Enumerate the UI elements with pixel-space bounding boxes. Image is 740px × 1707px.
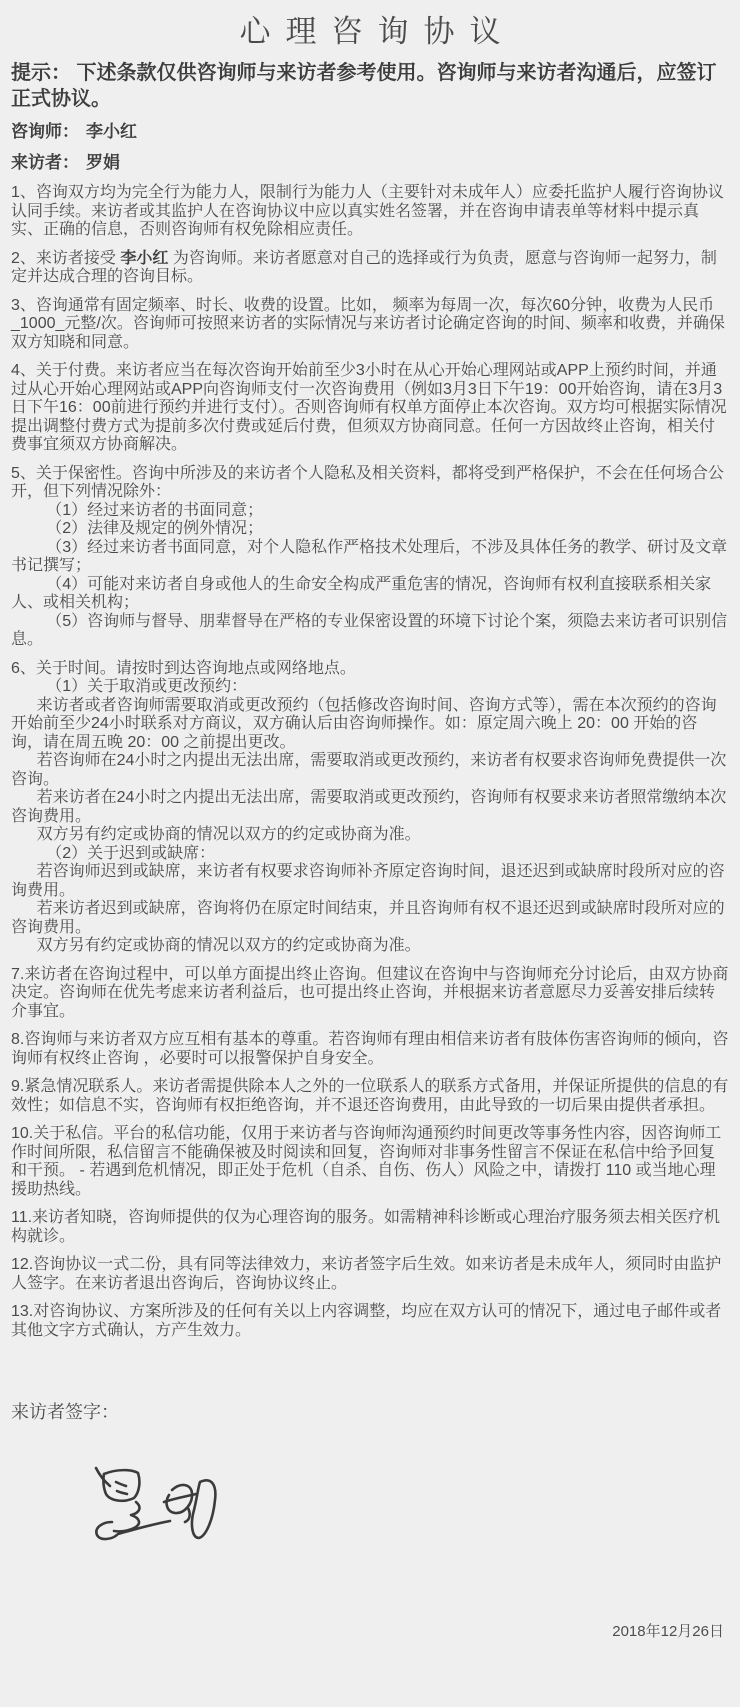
agreement-date: 2018年12月26日 xyxy=(612,1620,724,1641)
counselor-line: 咨询师：李小红 xyxy=(11,121,729,143)
visitor-label: 来访者： xyxy=(11,153,79,172)
clauses-list: 1、咨询双方均为完全行为能力人，限制行为能力人（主要针对未成年人）应委托监护人履… xyxy=(11,184,729,1340)
page-title: 心理咨询协议 xyxy=(11,0,729,51)
visitor-name: 罗娟 xyxy=(86,153,120,172)
clause-paragraph: 若咨询师迟到或缺席，来访者有权要求咨询师补齐原定咨询时间，退还迟到或缺席时段所对… xyxy=(11,863,729,900)
clause-paragraph: 12.咨询协议一式二份，具有同等法律效力，来访者签字后生效。如来访者是未成年人，… xyxy=(11,1256,729,1293)
clause-paragraph: 双方另有约定或协商的情况以双方的约定或协商为准。 xyxy=(11,937,729,956)
clause-paragraph: （2）法律及规定的例外情况； xyxy=(11,520,729,539)
clause-paragraph: 9.紧急情况联系人。来访者需提供除本人之外的一位联系人的联系方式备用，并保证所提… xyxy=(11,1078,729,1115)
clause-paragraph: 10.关于私信。平台的私信功能，仅用于来访者与咨询师沟通预约时间更改等事务性内容… xyxy=(11,1125,729,1199)
clause-paragraph: 6、关于时间。请按时到达咨询地点或网络地点。 xyxy=(11,660,729,679)
clause-paragraph: 7.来访者在咨询过程中，可以单方面提出终止咨询。但建议在咨询中与咨询师充分讨论后… xyxy=(11,966,729,1022)
notice-text: 提示： 下述条款仅供咨询师与来访者参考使用。咨询师与来访者沟通后，应签订正式协议… xyxy=(11,60,729,112)
clause-paragraph: 8.咨询师与来访者双方应互相有基本的尊重。若咨询师有理由相信来访者有肢体伤害咨询… xyxy=(11,1031,729,1068)
clause-paragraph: 3、咨询通常有固定频率、时长、收费的设置。比如， 频率为每周一次，每次60分钟，… xyxy=(11,297,729,353)
clause-paragraph: （3）经过来访者书面同意，对个人隐私作严格技术处理后，不涉及具体任务的教学、研讨… xyxy=(11,539,729,576)
counselor-name: 李小红 xyxy=(86,122,137,141)
clause-paragraph: 13.对咨询协议、方案所涉及的任何有关以上内容调整，均应在双方认可的情况下，通过… xyxy=(11,1303,729,1340)
signature-label: 来访者签字： xyxy=(11,1398,119,1424)
clause-paragraph: 4、关于付费。来访者应当在每次咨询开始前至少3小时在从心开始心理网站或APP上预… xyxy=(11,362,729,455)
visitor-signature-drawing xyxy=(84,1460,229,1572)
clause-paragraph: 若来访者迟到或缺席，咨询将仍在原定时间结束，并且咨询师有权不退还迟到或缺席时段所… xyxy=(11,900,729,937)
clause-paragraph: （5）咨询师与督导、朋辈督导在严格的专业保密设置的环境下讨论个案，须隐去来访者可… xyxy=(11,613,729,650)
clause-paragraph: 2、来访者接受 李小红 为咨询师。来访者愿意对自己的选择或行为负责，愿意与咨询师… xyxy=(11,250,729,287)
clause-paragraph: （1）关于取消或更改预约： xyxy=(11,678,729,697)
clause-paragraph: （1）经过来访者的书面同意； xyxy=(11,502,729,521)
agreement-document: 心理咨询协议 提示： 下述条款仅供咨询师与来访者参考使用。咨询师与来访者沟通后，… xyxy=(0,0,740,1707)
clause-paragraph: 1、咨询双方均为完全行为能力人，限制行为能力人（主要针对未成年人）应委托监护人履… xyxy=(11,184,729,240)
visitor-line: 来访者：罗娟 xyxy=(11,152,729,174)
clause-paragraph: 来访者或者咨询师需要取消或更改预约（包括修改咨询时间、咨询方式等），需在本次预约… xyxy=(11,697,729,753)
clause-paragraph: 双方另有约定或协商的情况以双方的约定或协商为准。 xyxy=(11,826,729,845)
clause-paragraph: 11.来访者知晓，咨询师提供的仅为心理咨询的服务。如需精神科诊断或心理治疗服务须… xyxy=(11,1209,729,1246)
clause-paragraph: （4）可能对来访者自身或他人的生命安全构成严重危害的情况，咨询师有权利直接联系相… xyxy=(11,576,729,613)
clause-paragraph: 5、关于保密性。咨询中所涉及的来访者个人隐私及相关资料，都将受到严格保护，不会在… xyxy=(11,465,729,502)
clause-paragraph: 若咨询师在24小时之内提出无法出席，需要取消或更改预约，来访者有权要求咨询师免费… xyxy=(11,752,729,789)
clause-paragraph: （2）关于迟到或缺席： xyxy=(11,845,729,864)
clause-paragraph: 若来访者在24小时之内提出无法出席，需要取消或更改预约，咨询师有权要求来访者照常… xyxy=(11,789,729,826)
counselor-label: 咨询师： xyxy=(11,122,79,141)
